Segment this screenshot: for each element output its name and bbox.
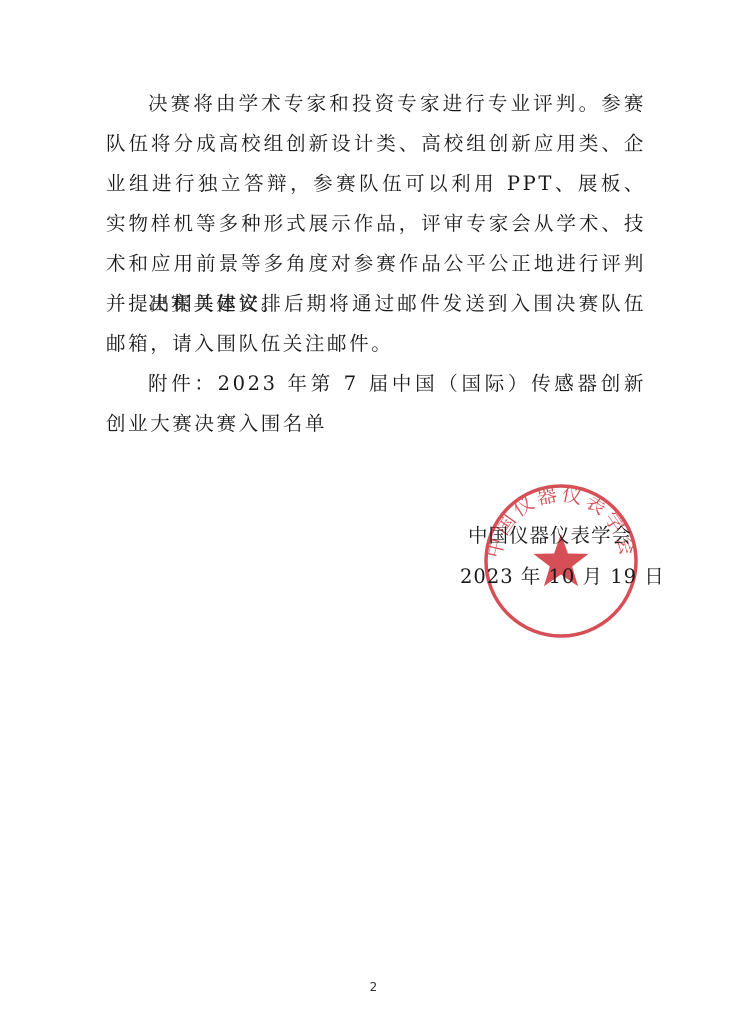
signature-date: 2023 年 10 月 19 日 — [460, 561, 665, 589]
paragraph-text: 决赛具体安排后期将通过邮件发送到入围决赛队伍邮箱，请入围队伍关注邮件。 — [106, 284, 646, 364]
paragraph-arrangement: 决赛具体安排后期将通过邮件发送到入围决赛队伍邮箱，请入围队伍关注邮件。 — [106, 284, 646, 364]
paragraph-text: 附件：2023 年第 7 届中国（国际）传感器创新创业大赛决赛入围名单 — [106, 364, 646, 444]
signature-organization: 中国仪器仪表学会 — [468, 520, 632, 548]
document-page: 决赛将由学术专家和投资专家进行专业评判。参赛队伍将分成高校组创新设计类、高校组创… — [0, 0, 747, 1035]
page-number: 2 — [0, 980, 747, 994]
paragraph-attachment: 附件：2023 年第 7 届中国（国际）传感器创新创业大赛决赛入围名单 — [106, 364, 646, 444]
